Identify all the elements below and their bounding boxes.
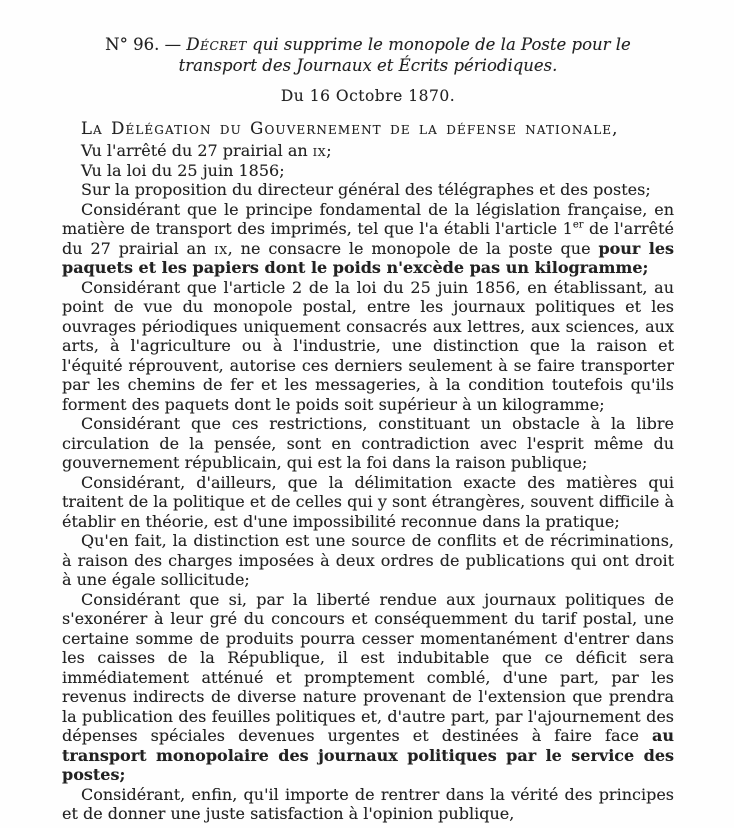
paragraph: Considérant que ces restrictions, consti… — [62, 414, 674, 473]
text-segment: Considérant que l'article 2 de la loi du… — [62, 278, 674, 414]
text-segment: Considérant, enfin, qu'il importe de ren… — [62, 785, 674, 824]
paragraph: Considérant, enfin, qu'il importe de ren… — [62, 785, 674, 824]
text-segment: Qu'en fait, la distinction est une sourc… — [62, 531, 674, 589]
text-segment: Considérant que ces restrictions, consti… — [62, 414, 674, 472]
document-page: N° 96. — Décret qui supprime le monopole… — [0, 0, 734, 828]
paragraph: Vu la loi du 25 juin 1856; — [62, 161, 674, 181]
decree-title: N° 96. — Décret qui supprime le monopole… — [74, 34, 662, 76]
paragraph: Considérant que le principe fondamental … — [62, 200, 674, 278]
paragraph: Vu l'arrêté du 27 prairial an ix; — [62, 141, 674, 161]
text-segment: Considérant que si, par la liberté rendu… — [62, 590, 674, 746]
paragraph: Considérant que si, par la liberté rendu… — [62, 590, 674, 785]
text-segment: Vu l'arrêté du 27 prairial an — [81, 141, 313, 160]
text-segment: N° 96. — — [105, 35, 186, 54]
text-segment: ix — [313, 141, 326, 160]
text-segment: ix — [214, 239, 227, 258]
decree-opening-line: La Délégation du Gouvernement de la défe… — [62, 119, 674, 139]
decree-date: Du 16 Octobre 1870. — [62, 86, 674, 106]
text-segment: Sur la proposition du directeur général … — [81, 180, 651, 199]
paragraph: Considérant, d'ailleurs, que la délimita… — [62, 473, 674, 532]
paragraph: Sur la proposition du directeur général … — [62, 180, 674, 200]
text-segment: qui supprime le monopole de la Poste pou… — [179, 35, 631, 75]
paragraph: Qu'en fait, la distinction est une sourc… — [62, 531, 674, 590]
text-segment: er — [573, 220, 584, 231]
text-segment: , ne consacre le monopole de la poste qu… — [228, 239, 599, 258]
text-segment: Considérant, d'ailleurs, que la délimita… — [62, 473, 674, 531]
text-segment: ; — [326, 141, 331, 160]
text-segment: Vu la loi du 25 juin 1856; — [81, 161, 285, 180]
text-segment: Décret — [186, 35, 247, 54]
decree-body: Vu l'arrêté du 27 prairial an ix;Vu la l… — [62, 141, 674, 824]
paragraph: Considérant que l'article 2 de la loi du… — [62, 278, 674, 415]
